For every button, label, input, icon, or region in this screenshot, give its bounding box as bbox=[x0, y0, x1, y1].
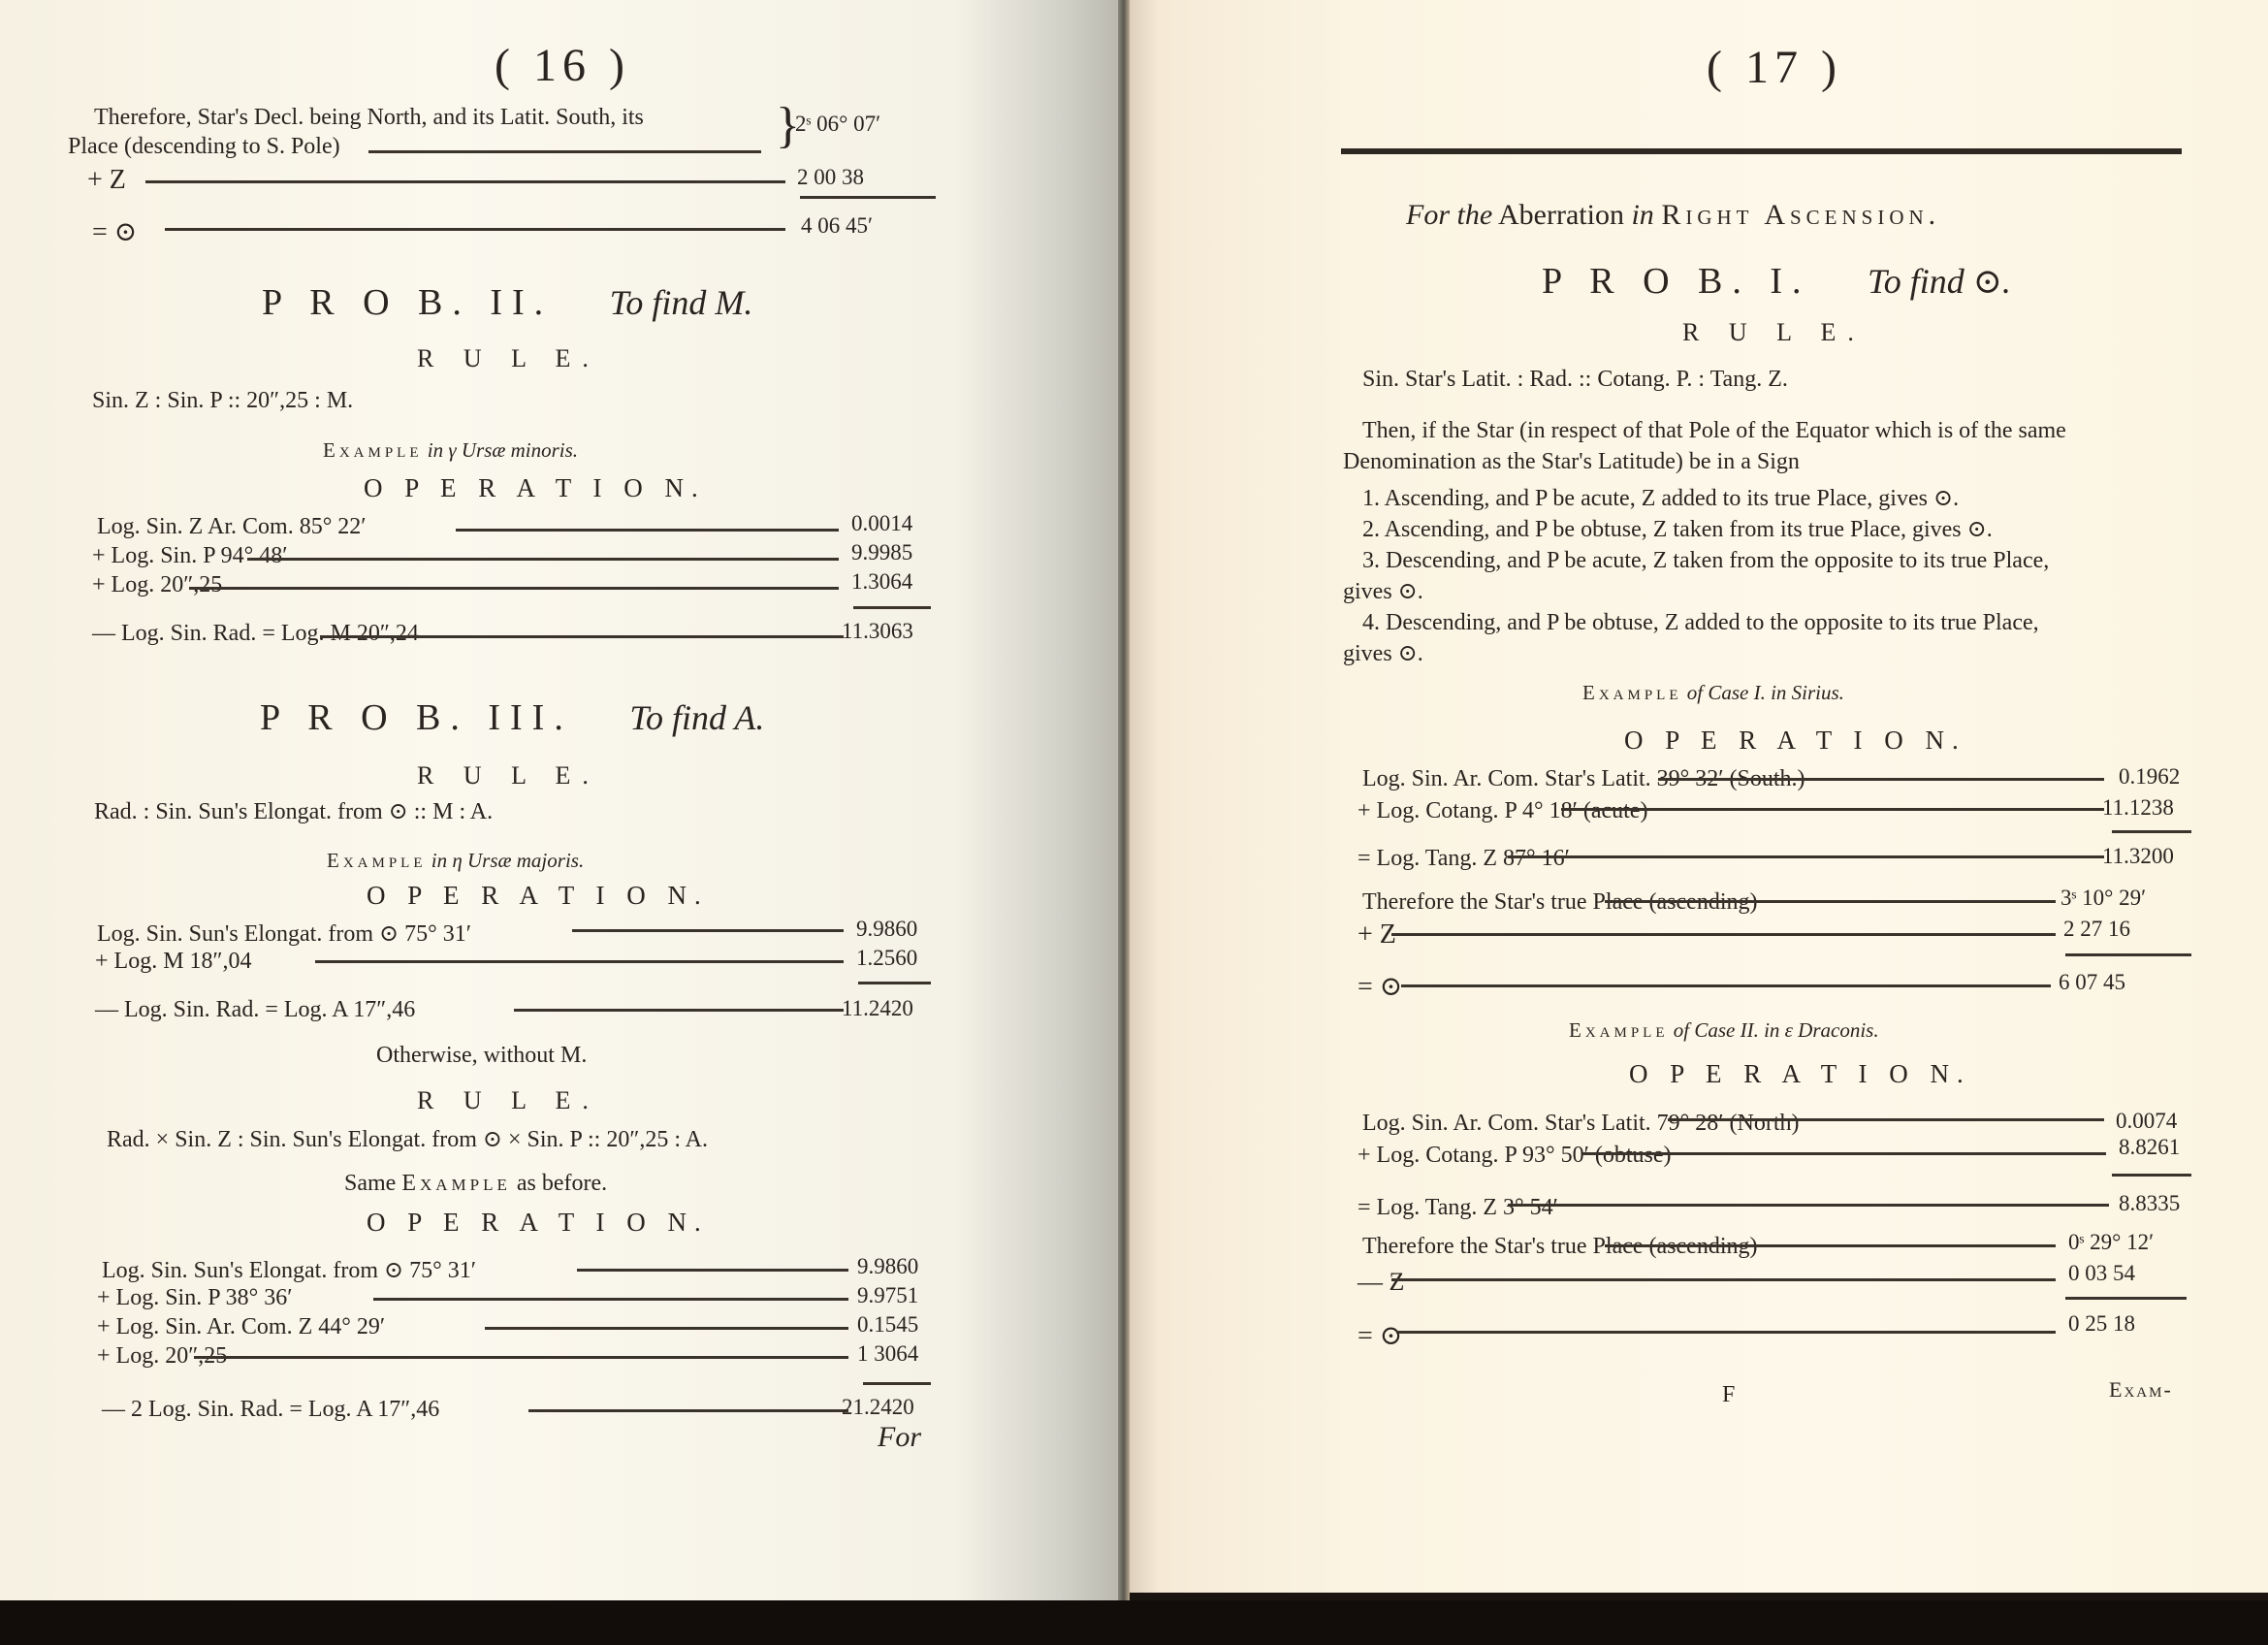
plus-z-value: 2 00 38 bbox=[797, 165, 864, 190]
leader-line bbox=[1561, 808, 2104, 811]
rule-2-text: Rad. × Sin. Z : Sin. Sun's Elongat. from… bbox=[107, 1125, 708, 1153]
intro-line-1: Therefore, Star's Decl. being North, and… bbox=[94, 105, 644, 131]
operation-2-heading: O P E R A T I O N. bbox=[367, 1208, 709, 1238]
signature-mark: F bbox=[1722, 1382, 1735, 1408]
leader-line bbox=[1391, 933, 2056, 936]
case-2-z-label: — Z bbox=[1358, 1268, 1404, 1297]
prob-3-result-value: 11.2420 bbox=[842, 996, 913, 1021]
prob-3-result-label: — Log. Sin. Rad. = Log. A 17″,46 bbox=[95, 997, 415, 1023]
intro-line-2: Place (descending to S. Pole) bbox=[68, 134, 340, 160]
leader-line bbox=[189, 587, 839, 590]
leader-line bbox=[194, 1356, 848, 1359]
prob-2-row-2-label: + Log. Sin. P 94° 48′ bbox=[92, 543, 288, 569]
prob-3-row-2-label: + Log. M 18″,04 bbox=[95, 949, 252, 975]
prob-3-example: Example in η Ursæ majoris. bbox=[327, 849, 584, 873]
case-1-result-value: 11.3200 bbox=[2102, 844, 2174, 869]
leader-line bbox=[165, 228, 785, 231]
case-4-cont: gives ⊙. bbox=[1343, 638, 2196, 669]
prob-1-title: P R O B. I. To find ⊙. bbox=[1542, 260, 2011, 303]
condition-paragraph: Then, if the Star (in respect of that Po… bbox=[1343, 415, 2196, 477]
leader-line bbox=[1605, 900, 2056, 903]
case-1-sum-value: 6 07 45 bbox=[2059, 970, 2125, 995]
case-2: 2. Ascending, and P be obtuse, Z taken f… bbox=[1343, 514, 2196, 545]
leader-line bbox=[514, 1009, 844, 1012]
sum-value: 4 06 45′ bbox=[801, 213, 873, 239]
sum-rule bbox=[800, 196, 936, 199]
para-line-1: Then, if the Star (in respect of that Po… bbox=[1343, 415, 2196, 446]
sum-rule bbox=[858, 982, 931, 984]
prob-3-row-1-label: Log. Sin. Sun's Elongat. from ⊙ 75° 31′ bbox=[97, 919, 471, 948]
prob-3b-row-4-value: 1 3064 bbox=[857, 1341, 918, 1367]
leader-line bbox=[368, 150, 761, 153]
prob-3-title: P R O B. III. To find A. bbox=[260, 696, 764, 739]
prob-3b-row-1-label: Log. Sin. Sun's Elongat. from ⊙ 75° 31′ bbox=[102, 1256, 476, 1284]
place-value: 2ˢ 06° 07′ bbox=[795, 112, 880, 137]
plus-z-label: + Z bbox=[87, 165, 126, 196]
prob-2-rule-text: Sin. Z : Sin. P :: 20″,25 : M. bbox=[92, 388, 353, 414]
header-rule bbox=[1341, 148, 2182, 154]
case-1-z-label: + Z bbox=[1358, 919, 1396, 951]
prob-2-row-3-value: 1.3064 bbox=[851, 569, 912, 595]
case-2-result-label: = Log. Tang. Z 3° 54′ bbox=[1358, 1195, 1558, 1221]
prob-2-example: Example in γ Ursæ minoris. bbox=[323, 438, 578, 463]
prob-3-row-2-value: 1.2560 bbox=[856, 946, 917, 971]
prob-2-title: P R O B. II. To find M. bbox=[262, 281, 752, 324]
leader-line bbox=[247, 558, 839, 561]
scan-background bbox=[0, 1600, 2268, 1645]
case-1-result-label: = Log. Tang. Z 87° 16′ bbox=[1358, 846, 1570, 872]
leader-line bbox=[1508, 1204, 2109, 1207]
prob-3-rule-text: Rad. : Sin. Sun's Elongat. from ⊙ :: M :… bbox=[94, 797, 493, 825]
prob-2-rule-heading: R U L E. bbox=[417, 344, 600, 373]
leader-line bbox=[572, 929, 844, 932]
prob-2-row-3-label: + Log. 20″,25 bbox=[92, 572, 222, 598]
case-3: 3. Descending, and P be acute, Z taken f… bbox=[1343, 545, 2196, 576]
prob-3b-row-3-label: + Log. Sin. Ar. Com. Z 44° 29′ bbox=[97, 1314, 385, 1340]
leader-line bbox=[1396, 1331, 2056, 1334]
cases-list: 1. Ascending, and P be acute, Z added to… bbox=[1343, 483, 2196, 669]
case-2-row-2-label: + Log. Cotang. P 93° 50′ (obtuse) bbox=[1358, 1143, 1671, 1169]
otherwise-text: Otherwise, without M. bbox=[376, 1043, 587, 1069]
leader-line bbox=[1508, 855, 2104, 858]
right-page bbox=[1125, 0, 2268, 1593]
case-1-row-2-value: 11.1238 bbox=[2102, 795, 2174, 821]
operation-heading-case-1: O P E R A T I O N. bbox=[1624, 726, 1966, 756]
case-3-cont: gives ⊙. bbox=[1343, 576, 2196, 607]
rule-2-heading: R U L E. bbox=[417, 1086, 600, 1115]
leader-line bbox=[1582, 1152, 2106, 1155]
prob-3b-row-1-value: 9.9860 bbox=[857, 1254, 918, 1279]
case-1-row-1-value: 0.1962 bbox=[2119, 764, 2180, 790]
leader-line bbox=[315, 960, 844, 963]
sum-rule bbox=[2065, 953, 2191, 956]
case-2-place-value: 0ˢ 29° 12′ bbox=[2068, 1230, 2154, 1255]
prob-3b-result-label: — 2 Log. Sin. Rad. = Log. A 17″,46 bbox=[102, 1397, 439, 1423]
prob-3-rule-heading: R U L E. bbox=[417, 761, 600, 790]
case-2-sum-value: 0 25 18 bbox=[2068, 1311, 2135, 1337]
leader-line bbox=[373, 1298, 848, 1301]
sum-label: = ⊙ bbox=[92, 215, 137, 248]
case-2-row-1-value: 0.0074 bbox=[2116, 1109, 2177, 1134]
case-1-z-value: 2 27 16 bbox=[2063, 917, 2130, 942]
case-2-z-value: 0 03 54 bbox=[2068, 1261, 2135, 1286]
case-1-row-2-label: + Log. Cotang. P 4° 18′ (acute) bbox=[1358, 798, 1647, 824]
sum-rule bbox=[2065, 1297, 2187, 1300]
prob-2-row-2-value: 9.9985 bbox=[851, 540, 912, 565]
prob-2-result-label: — Log. Sin. Rad. = Log. M 20″,24 bbox=[92, 621, 419, 647]
case-4: 4. Descending, and P be obtuse, Z added … bbox=[1343, 607, 2196, 638]
case-2-sum-label: = ⊙ bbox=[1358, 1319, 1402, 1352]
leader-line bbox=[320, 635, 844, 638]
sum-rule bbox=[853, 606, 931, 609]
section-title: For the Aberration in Right Ascension. bbox=[1406, 199, 1940, 232]
case-1: 1. Ascending, and P be acute, Z added to… bbox=[1343, 483, 2196, 514]
prob-2-row-1-label: Log. Sin. Z Ar. Com. 85° 22′ bbox=[97, 514, 367, 540]
same-example: Same Example as before. bbox=[344, 1171, 607, 1197]
leader-line bbox=[1605, 1244, 2056, 1247]
leader-line bbox=[456, 529, 839, 532]
operation-heading-case-2: O P E R A T I O N. bbox=[1629, 1059, 1971, 1089]
case-2-result-value: 8.8335 bbox=[2119, 1191, 2180, 1216]
prob-2-result-value: 11.3063 bbox=[842, 619, 913, 644]
prob-1-rule-text: Sin. Star's Latit. : Rad. :: Cotang. P. … bbox=[1362, 367, 1788, 393]
example-case-2: Example of Case II. in ε Draconis. bbox=[1569, 1018, 1879, 1043]
case-1-sum-label: = ⊙ bbox=[1358, 970, 1402, 1003]
para-line-2: Denomination as the Star's Latitude) be … bbox=[1343, 446, 2196, 477]
prob-3-row-1-value: 9.9860 bbox=[856, 917, 917, 942]
example-case-1: Example of Case I. in Sirius. bbox=[1582, 681, 1844, 705]
prob-3b-row-3-value: 0.1545 bbox=[857, 1312, 918, 1338]
book-gutter bbox=[1118, 0, 1130, 1645]
prob-2-operation-heading: O P E R A T I O N. bbox=[364, 473, 706, 503]
leader-line bbox=[1401, 984, 2051, 987]
case-1-place-value: 3ˢ 10° 29′ bbox=[2060, 886, 2146, 911]
prob-3b-row-2-value: 9.9751 bbox=[857, 1283, 918, 1308]
sum-rule bbox=[2112, 830, 2191, 833]
prob-2-row-1-value: 0.0014 bbox=[851, 511, 912, 536]
sum-rule bbox=[2112, 1174, 2191, 1177]
case-2-row-2-value: 8.8261 bbox=[2119, 1135, 2180, 1160]
leader-line bbox=[577, 1269, 848, 1272]
leader-line bbox=[145, 180, 785, 183]
prob-3-operation-heading: O P E R A T I O N. bbox=[367, 881, 709, 911]
leader-line bbox=[485, 1327, 848, 1330]
leader-line bbox=[1668, 1118, 2104, 1121]
leader-line bbox=[528, 1409, 848, 1412]
leader-line bbox=[1658, 778, 2104, 781]
right-catchword: Exam- bbox=[2109, 1377, 2173, 1403]
sum-rule bbox=[863, 1382, 931, 1385]
left-catchword: For bbox=[878, 1421, 921, 1454]
prob-3b-row-2-label: + Log. Sin. P 38° 36′ bbox=[97, 1285, 293, 1311]
page-number-16: ( 16 ) bbox=[427, 39, 698, 92]
leader-line bbox=[1391, 1278, 2056, 1281]
prob-1-rule-heading: R U L E. bbox=[1682, 318, 1866, 347]
case-2-row-1-label: Log. Sin. Ar. Com. Star's Latit. 79° 28′… bbox=[1362, 1111, 1800, 1137]
prob-3b-result-value: 21.2420 bbox=[842, 1395, 914, 1420]
page-number-17: ( 17 ) bbox=[1648, 41, 1901, 94]
